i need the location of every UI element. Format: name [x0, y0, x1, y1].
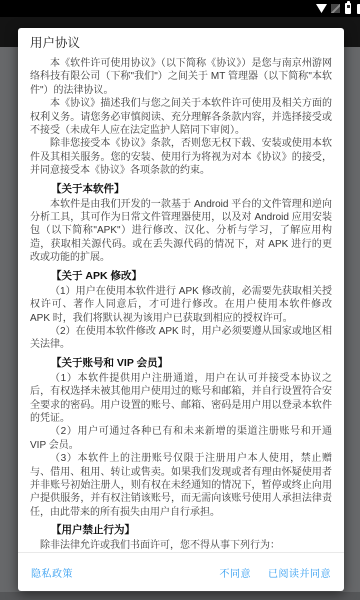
agreement-section-heading: 【关于 APK 修改】: [30, 269, 332, 283]
agreement-section-heading: 【关于本软件】: [30, 182, 332, 196]
status-bar: [0, 0, 360, 17]
disagree-button[interactable]: 不同意: [220, 565, 252, 580]
user-agreement-dialog: 用户协议 本《软件许可使用协议》（以下简称《协议》）是您与南京州游网络科技有限公…: [18, 28, 344, 591]
agreement-paragraph: 本《协议》描述我们与您之间关于本软件许可使用及相关方面的权利义务。请您务必审慎阅…: [30, 97, 332, 137]
agreement-text-scroll-area[interactable]: 本《软件许可使用协议》（以下简称《协议》）是您与南京州游网络科技有限公司（下称"…: [18, 55, 344, 552]
agreement-paragraph: 除非您接受本《协议》条款，否则您无权下载、安装或使用本软件及其相关服务。您的安装…: [30, 137, 332, 177]
agreement-paragraph: （1）本软件提供用户注册通道，用户在认可并接受本协议之后，有权选择未被其他用户使…: [30, 372, 332, 426]
wifi-icon: [316, 4, 327, 13]
agreement-paragraph: 除非法律允许或我们书面许可，您不得从事下列行为：: [30, 539, 332, 552]
agreement-paragraph: 本《软件许可使用协议》（以下简称《协议》）是您与南京州游网络科技有限公司（下称"…: [30, 57, 332, 97]
privacy-policy-button[interactable]: 隐私政策: [31, 565, 73, 580]
agreement-paragraph: （2）在使用本软件修改 APK 时，用户必须要遵从国家或地区相关法律。: [30, 325, 332, 352]
agreement-paragraph: （3）本软件上的注册账号仅限于注册用户本人使用，禁止赠与、借用、租用、转让或售卖…: [30, 452, 332, 519]
agreement-paragraph: （2）用户可通过各种已有和未来新增的渠道注册账号和开通 VIP 会员。: [30, 425, 332, 452]
agreement-paragraph: 本软件是由我们开发的一款基于 Android 平台的文件管理和逆向分析工具，其可…: [30, 198, 332, 265]
battery-icon: [345, 3, 351, 14]
dim-overlay-bottom: [0, 592, 360, 600]
dialog-footer: 隐私政策 不同意 已阅读并同意: [18, 552, 344, 591]
no-signal-icon: [331, 4, 340, 13]
screen: 用户协议 本《软件许可使用协议》（以下简称《协议》）是您与南京州游网络科技有限公…: [0, 0, 360, 600]
dialog-title: 用户协议: [18, 28, 344, 55]
agreement-section-heading: 【用户禁止行为】: [30, 523, 332, 537]
agree-button[interactable]: 已阅读并同意: [268, 565, 331, 580]
agreement-paragraph: （1）用户在使用本软件进行 APK 修改前，必需要先获取相关授权许可、著作人同意…: [30, 285, 332, 325]
agreement-section-heading: 【关于账号和 VIP 会员】: [30, 356, 332, 370]
